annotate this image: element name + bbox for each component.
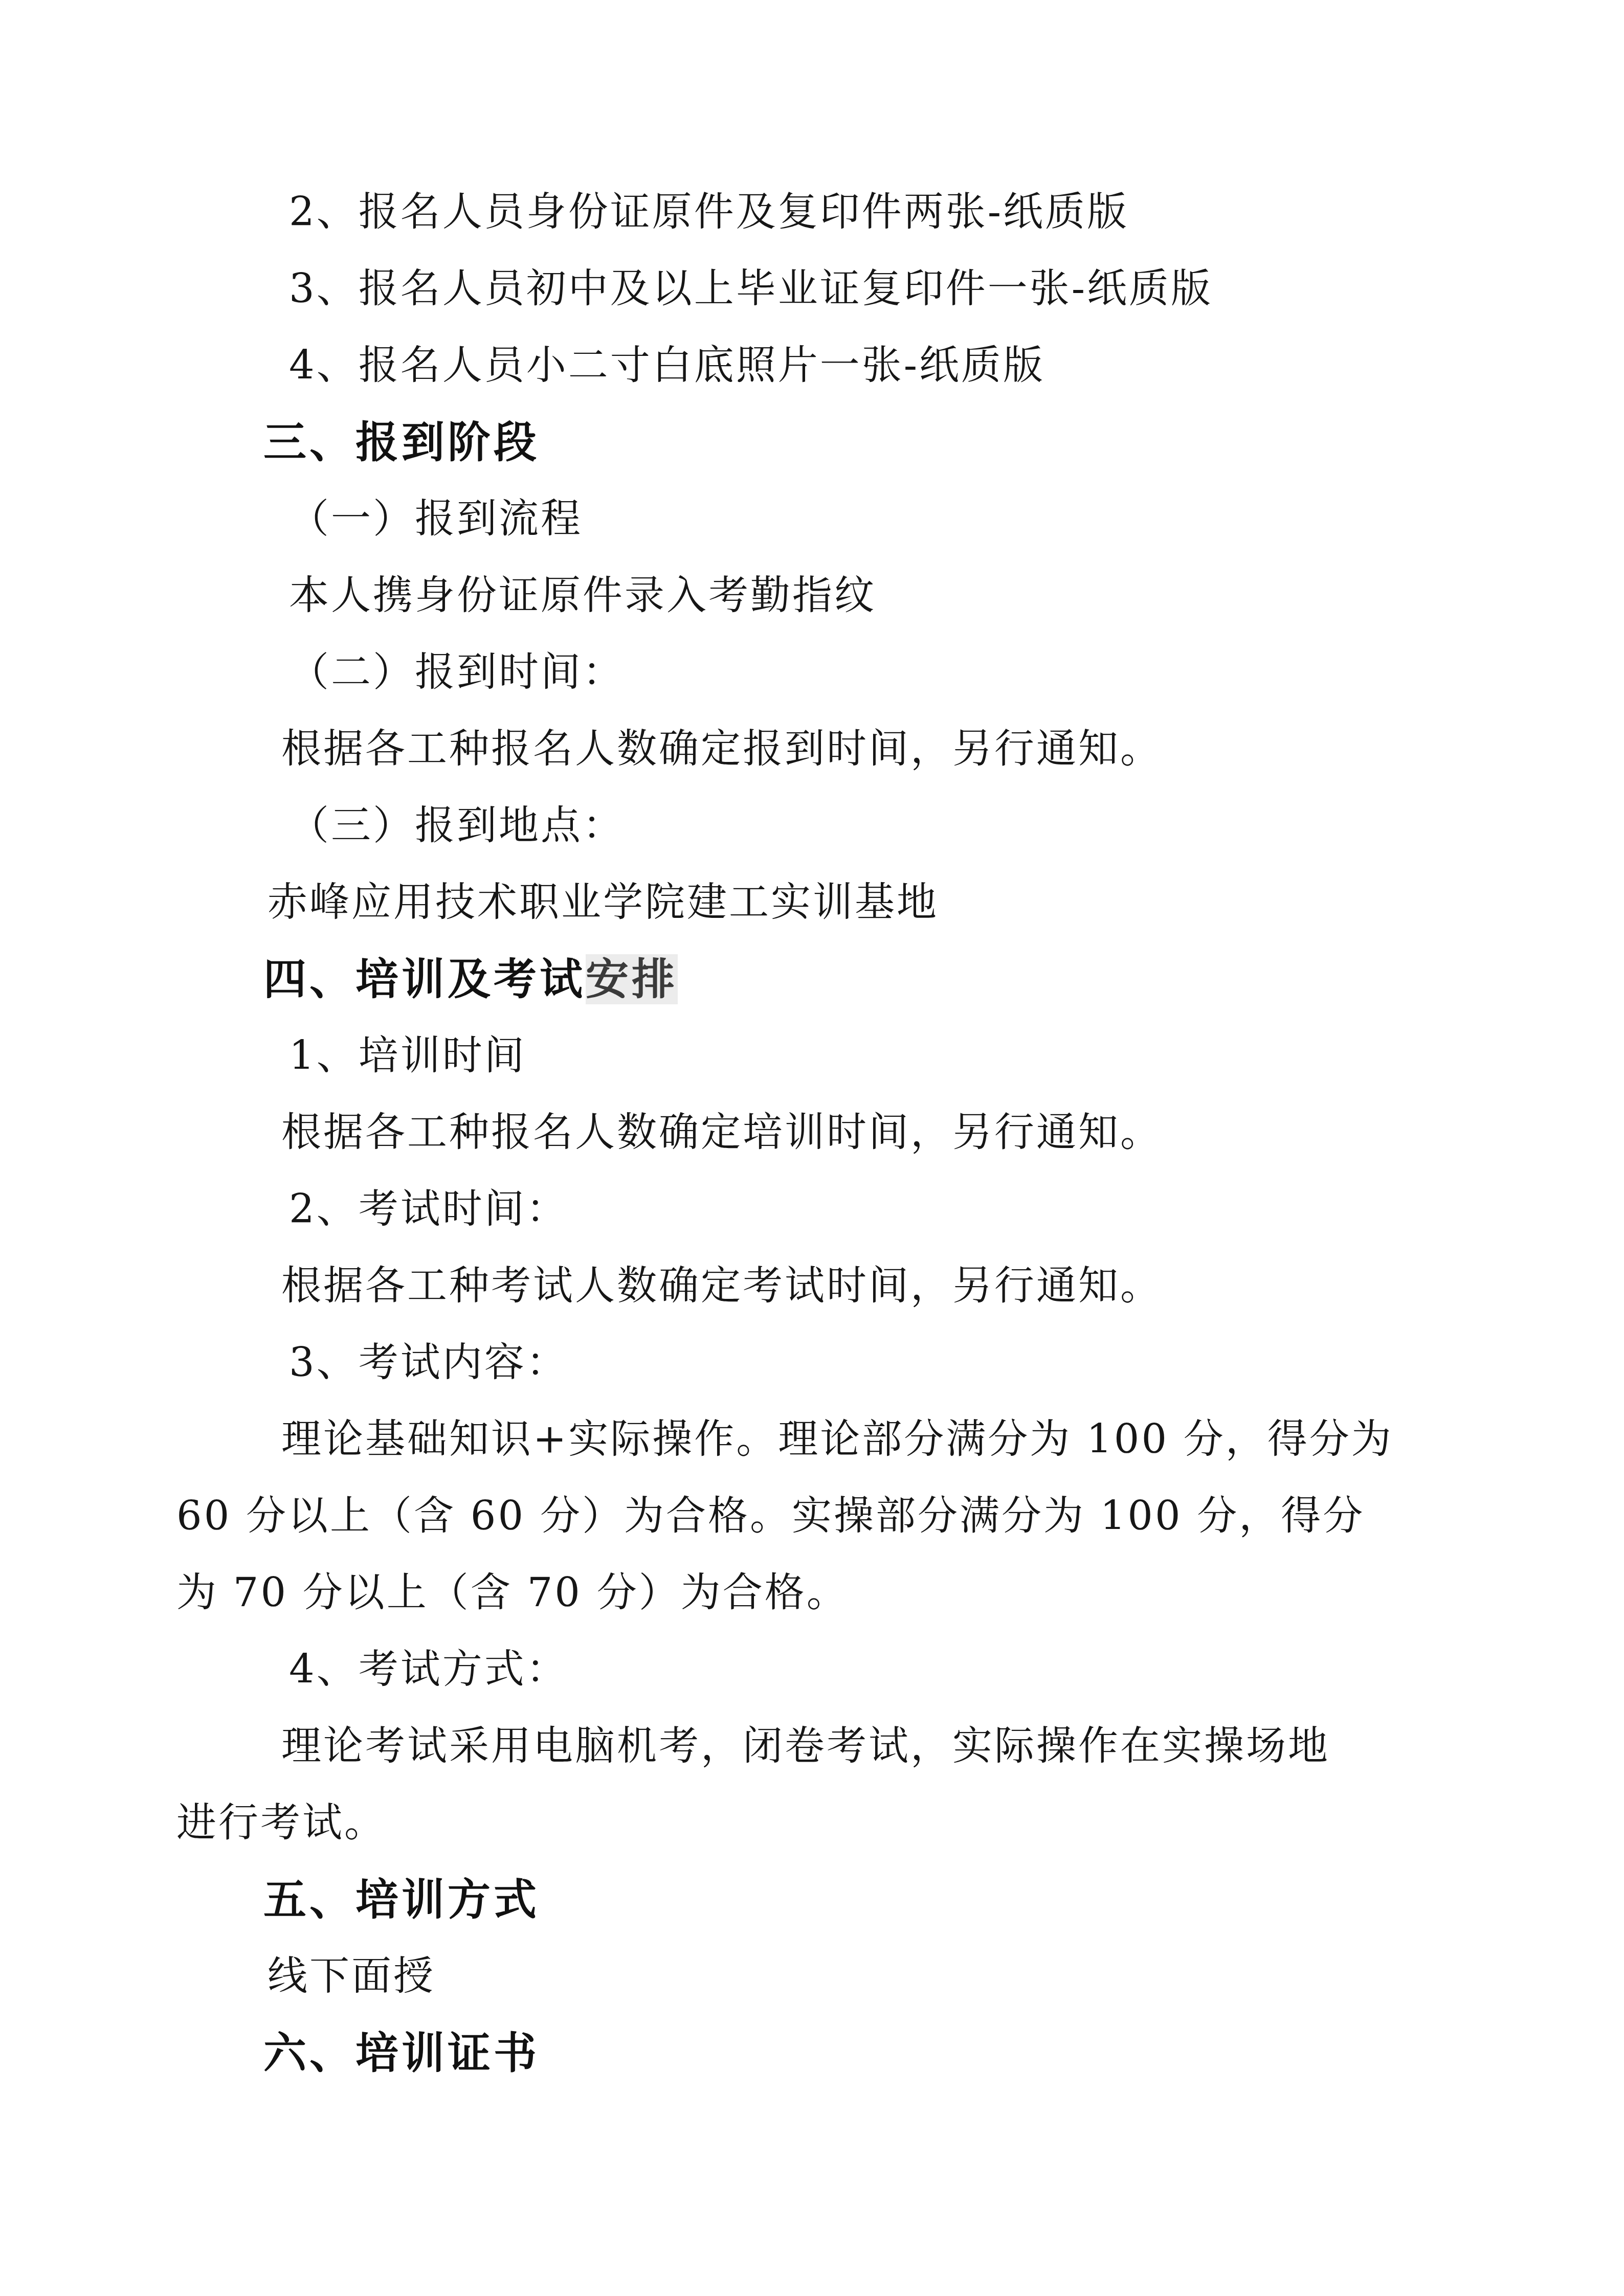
section4-heading-main: 四、培训及考试 bbox=[263, 954, 586, 1004]
section6-heading: 六、培训证书 bbox=[263, 2015, 1624, 2091]
section4-heading-highlight: 安排 bbox=[586, 954, 678, 1004]
attachment-item-4: 4、报名人员小二寸白底照片一张-纸质版 bbox=[289, 327, 1624, 404]
section4-heading: 四、培训及考试安排 bbox=[263, 941, 1624, 1018]
section4-item3-label: 3、考试内容： bbox=[289, 1324, 1624, 1401]
section3-sub1-text: 本人携身份证原件录入考勤指纹 bbox=[289, 557, 1624, 634]
section5-text: 线下面授 bbox=[268, 1938, 1624, 2015]
section4-item4-text-line2: 进行考试。 bbox=[176, 1785, 1624, 1861]
section3-sub1-label: （一）报到流程 bbox=[289, 481, 1624, 557]
section5-heading: 五、培训方式 bbox=[263, 1861, 1624, 1938]
document-content: 2、报名人员身份证原件及复印件两张-纸质版 3、报名人员初中及以上毕业证复印件一… bbox=[0, 0, 1624, 2091]
attachment-item-3: 3、报名人员初中及以上毕业证复印件一张-纸质版 bbox=[289, 251, 1624, 327]
document-page: 2、报名人员身份证原件及复印件两张-纸质版 3、报名人员初中及以上毕业证复印件一… bbox=[0, 0, 1624, 2296]
section3-sub3-text: 赤峰应用技术职业学院建工实训基地 bbox=[268, 864, 1624, 941]
section4-item4-text-line1: 理论考试采用电脑机考，闭卷考试，实际操作在实操场地 bbox=[281, 1708, 1624, 1785]
section4-item2-label: 2、考试时间： bbox=[289, 1171, 1624, 1248]
section4-item3-text-line1: 理论基础知识+实际操作。理论部分满分为 100 分，得分为 bbox=[281, 1401, 1624, 1478]
section4-item1-text: 根据各工种报名人数确定培训时间，另行通知。 bbox=[281, 1094, 1624, 1171]
section4-item3-text-line2: 60 分以上（含 60 分）为合格。实操部分满分为 100 分，得分 bbox=[176, 1478, 1624, 1555]
section4-item4-label: 4、考试方式： bbox=[289, 1631, 1624, 1708]
section3-heading: 三、报到阶段 bbox=[263, 404, 1624, 481]
section4-item3-text-line3: 为 70 分以上（含 70 分）为合格。 bbox=[176, 1555, 1624, 1631]
section4-item1-label: 1、培训时间 bbox=[289, 1018, 1624, 1094]
section3-sub2-label: （二）报到时间： bbox=[289, 634, 1624, 711]
section3-sub3-label: （三）报到地点： bbox=[289, 787, 1624, 864]
section3-sub2-text: 根据各工种报名人数确定报到时间，另行通知。 bbox=[281, 711, 1624, 787]
attachment-item-2: 2、报名人员身份证原件及复印件两张-纸质版 bbox=[289, 174, 1624, 251]
section4-item2-text: 根据各工种考试人数确定考试时间，另行通知。 bbox=[281, 1248, 1624, 1324]
